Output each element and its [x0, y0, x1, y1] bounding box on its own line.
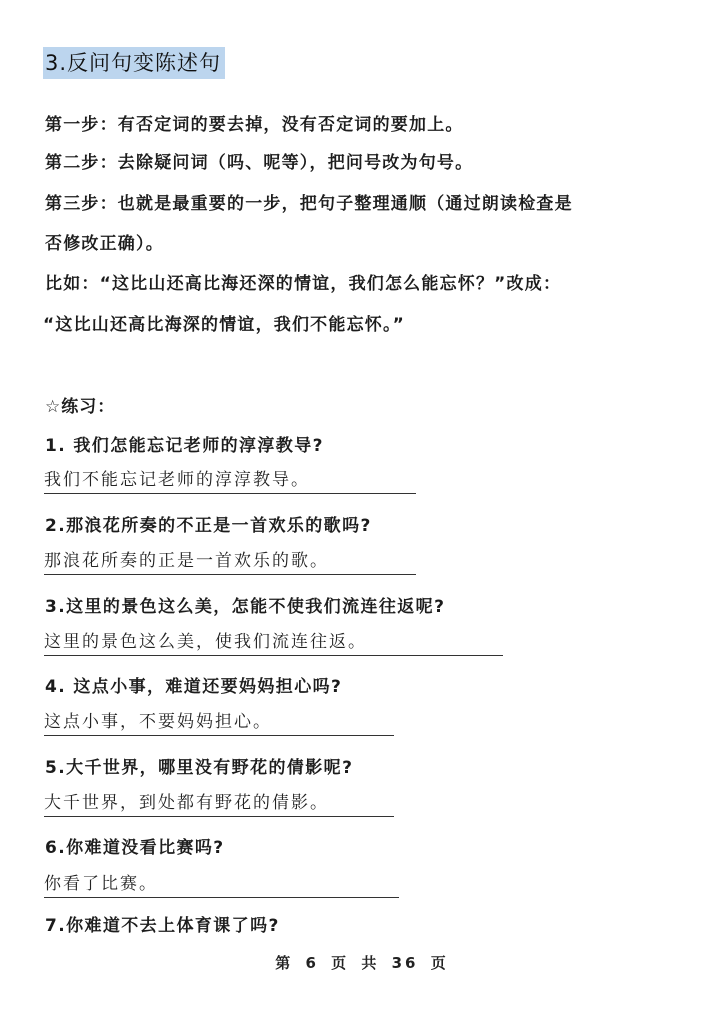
- example-line-2: “这比山还高比海深的情谊，我们不能忘怀。”: [43, 313, 405, 337]
- step-3-continued: 否修改正确）。: [45, 232, 164, 256]
- question-2: 2.那浪花所奏的不正是一首欢乐的歌吗?: [45, 514, 372, 538]
- question-4: 4. 这点小事，难道还要妈妈担心吗?: [45, 675, 342, 699]
- question-5: 5.大千世界，哪里没有野花的倩影呢?: [45, 756, 353, 780]
- page-number-footer: 第 6 页 共 36 页: [0, 952, 724, 973]
- example-line-1: 比如：“这比山还高比海还深的情谊，我们怎么能忘怀？”改成：: [45, 272, 561, 296]
- practice-header: ☆练习：: [45, 395, 115, 419]
- answer-2: 那浪花所奏的正是一首欢乐的歌。: [44, 549, 416, 575]
- step-3: 第三步：也就是最重要的一步，把句子整理通顺（通过朗读检查是: [45, 192, 573, 216]
- answer-5: 大千世界，到处都有野花的倩影。: [44, 791, 394, 817]
- document-page: 3.反问句变陈述句 第一步：有否定词的要去掉，没有否定词的要加上。 第二步：去除…: [0, 0, 724, 1024]
- answer-6: 你看了比赛。: [44, 872, 399, 898]
- section-title: 3.反问句变陈述句: [43, 47, 225, 79]
- question-7: 7.你难道不去上体育课了吗?: [45, 914, 280, 938]
- question-1: 1. 我们怎能忘记老师的淳淳教导?: [45, 434, 324, 458]
- answer-3: 这里的景色这么美，使我们流连往返。: [44, 630, 503, 656]
- answer-4: 这点小事，不要妈妈担心。: [44, 710, 394, 736]
- answer-1: 我们不能忘记老师的淳淳教导。: [44, 468, 416, 494]
- question-6: 6.你难道没看比赛吗?: [45, 836, 225, 860]
- step-1: 第一步：有否定词的要去掉，没有否定词的要加上。: [45, 113, 464, 137]
- question-3: 3.这里的景色这么美，怎能不使我们流连往返呢?: [45, 595, 445, 619]
- step-2: 第二步：去除疑问词（吗、呢等），把问号改为句号。: [45, 151, 473, 175]
